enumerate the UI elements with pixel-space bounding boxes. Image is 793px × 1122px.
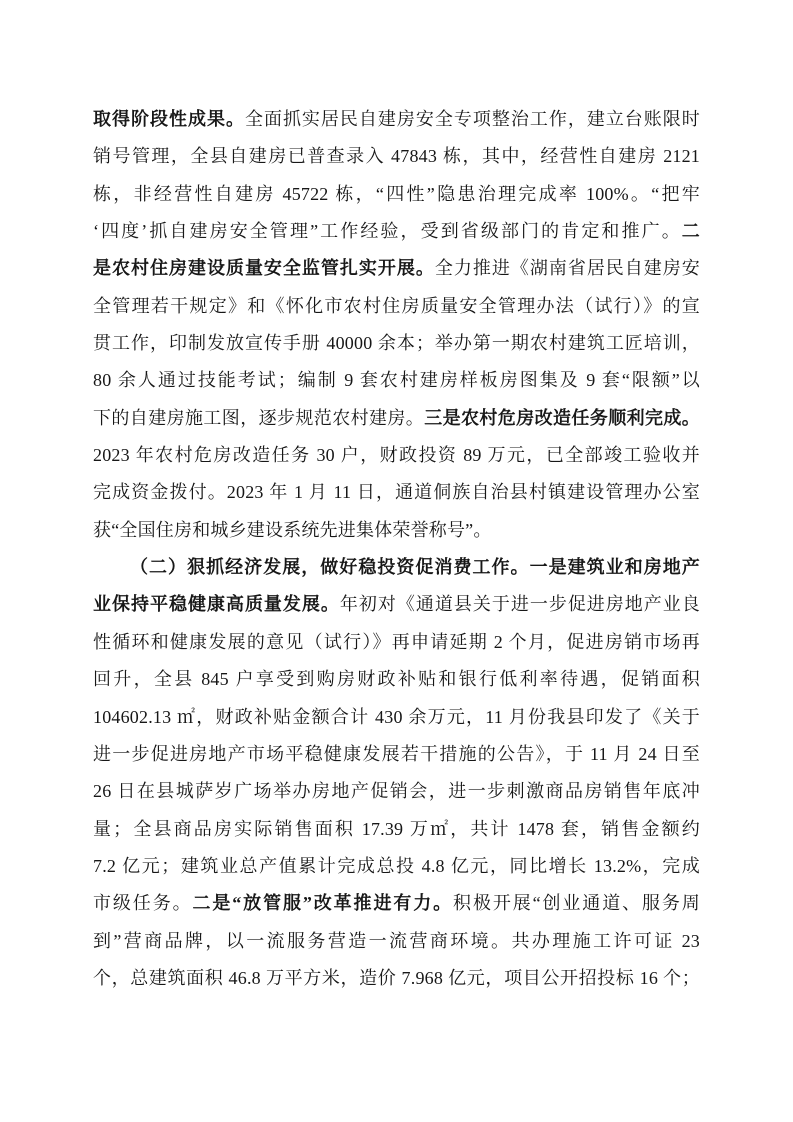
text-line: （二）狠抓经济发展，做好稳投资促消费工作。一是建筑业和房地产 — [93, 549, 700, 586]
text-run: 积极开展“创业通道、服务周 — [453, 893, 700, 913]
text-run: 个，总建筑面积 46.8 万平方米，造价 7.968 亿元，项目公开招投标 16… — [93, 968, 700, 988]
text-run: 贯工作，印制发放宣传手册 40000 余本；举办第一期农村建筑工匠培训， — [93, 333, 700, 353]
text-run: 回升，全县 845 户享受到购房财政补贴和银行低利率待遇，促销面积 — [93, 669, 700, 689]
text-run: 进一步促进房地产市场平稳健康发展若干措施的公告》，于 11 月 24 日至 — [93, 744, 700, 764]
document-body: 取得阶段性成果。全面抓实居民自建房安全专项整治工作，建立台账限时销号管理，全县自… — [93, 101, 700, 997]
text-line: 业保持平稳健康高质量发展。年初对《通道县关于进一步促进房地产业良 — [93, 586, 700, 623]
text-line: 个，总建筑面积 46.8 万平方米，造价 7.968 亿元，项目公开招投标 16… — [93, 960, 700, 997]
bold-text-run: 业保持平稳健康高质量发展。 — [93, 594, 340, 614]
text-line: 104602.13 ㎡，财政补贴金额合计 430 余万元，11 月份我县印发了《… — [93, 699, 700, 736]
text-line: 7.2 亿元；建筑业总产值累计完成总投 4.8 亿元，同比增长 13.2%，完成 — [93, 848, 700, 885]
bold-text-run: 是农村住房建设质量安全监管扎实开展。 — [93, 258, 435, 278]
text-line: 量；全县商品房实际销售面积 17.39 万㎡，共计 1478 套，销售金额约 — [93, 811, 700, 848]
text-line: 贯工作，印制发放宣传手册 40000 余本；举办第一期农村建筑工匠培训， — [93, 325, 700, 362]
text-line: 完成资金拨付。2023 年 1 月 11 日，通道侗族自治县村镇建设管理办公室 — [93, 474, 700, 511]
text-run: 到”营商品牌，以一流服务营造一流营商环境。共办理施工许可证 23 — [93, 931, 700, 951]
text-line: 栋，非经营性自建房 45722 栋，“四性”隐患治理完成率 100%。“把牢 — [93, 176, 700, 213]
text-run: 2023 年农村危房改造任务 30 户，财政投资 89 万元，已全部竣工验收并 — [93, 445, 700, 465]
text-line: 下的自建房施工图，逐步规范农村建房。三是农村危房改造任务顺利完成。 — [93, 400, 700, 437]
text-run: 性循环和健康发展的意见（试行）》再申请延期 2 个月，促进房销市场再 — [93, 632, 700, 652]
text-line: 26 日在县城萨岁广场举办房地产促销会，进一步刺激商品房销售年底冲 — [93, 773, 700, 810]
bold-text-run: （二）狠抓经济发展，做好稳投资促消费工作。一是建筑业和房地产 — [130, 557, 700, 577]
text-run: 获“全国住房和城乡建设系统先进集体荣誉称号”。 — [93, 520, 492, 540]
text-run: 全管理若干规定》和《怀化市农村住房质量安全管理办法（试行）》的宣 — [93, 296, 700, 316]
text-line: 是农村住房建设质量安全监管扎实开展。全力推进《湖南省居民自建房安 — [93, 250, 700, 287]
text-run: 全面抓实居民自建房安全专项整治工作，建立台账限时 — [245, 109, 700, 129]
text-line: 获“全国住房和城乡建设系统先进集体荣誉称号”。 — [93, 512, 700, 549]
text-line: 2023 年农村危房改造任务 30 户，财政投资 89 万元，已全部竣工验收并 — [93, 437, 700, 474]
text-run: 104602.13 ㎡，财政补贴金额合计 430 余万元，11 月份我县印发了《… — [93, 707, 700, 727]
text-run: 26 日在县城萨岁广场举办房地产促销会，进一步刺激商品房销售年底冲 — [93, 781, 700, 801]
text-line: ‘四度’抓自建房安全管理”工作经验，受到省级部门的肯定和推广。二 — [93, 213, 700, 250]
text-run: 市级任务。 — [93, 893, 192, 913]
text-line: 80 余人通过技能考试；编制 9 套农村建房样板房图集及 9 套“限额”以 — [93, 362, 700, 399]
bold-text-run: 二是“放管服”改革推进有力。 — [192, 893, 453, 913]
bold-text-run: 二 — [682, 221, 700, 241]
text-run: 年初对《通道县关于进一步促进房地产业良 — [340, 594, 700, 614]
text-run: 销号管理，全县自建房已普查录入 47843 栋，其中，经营性自建房 2121 — [93, 146, 700, 166]
text-line: 到”营商品牌，以一流服务营造一流营商环境。共办理施工许可证 23 — [93, 923, 700, 960]
document-page: 取得阶段性成果。全面抓实居民自建房安全专项整治工作，建立台账限时销号管理，全县自… — [0, 0, 793, 1122]
text-line: 市级任务。二是“放管服”改革推进有力。积极开展“创业通道、服务周 — [93, 885, 700, 922]
bold-text-run: 三是农村危房改造任务顺利完成。 — [424, 408, 700, 428]
text-line: 全管理若干规定》和《怀化市农村住房质量安全管理办法（试行）》的宣 — [93, 288, 700, 325]
text-run: 完成资金拨付。2023 年 1 月 11 日，通道侗族自治县村镇建设管理办公室 — [93, 482, 700, 502]
text-line: 回升，全县 845 户享受到购房财政补贴和银行低利率待遇，促销面积 — [93, 661, 700, 698]
bold-text-run: 取得阶段性成果。 — [93, 109, 245, 129]
text-line: 销号管理，全县自建房已普查录入 47843 栋，其中，经营性自建房 2121 — [93, 138, 700, 175]
text-line: 性循环和健康发展的意见（试行）》再申请延期 2 个月，促进房销市场再 — [93, 624, 700, 661]
text-run: 栋，非经营性自建房 45722 栋，“四性”隐患治理完成率 100%。“把牢 — [93, 184, 700, 204]
text-run: 量；全县商品房实际销售面积 17.39 万㎡，共计 1478 套，销售金额约 — [93, 819, 700, 839]
text-run: ‘四度’抓自建房安全管理”工作经验，受到省级部门的肯定和推广。 — [93, 221, 682, 241]
text-line: 取得阶段性成果。全面抓实居民自建房安全专项整治工作，建立台账限时 — [93, 101, 700, 138]
text-run: 80 余人通过技能考试；编制 9 套农村建房样板房图集及 9 套“限额”以 — [93, 370, 700, 390]
text-run: 全力推进《湖南省居民自建房安 — [435, 258, 700, 278]
text-line: 进一步促进房地产市场平稳健康发展若干措施的公告》，于 11 月 24 日至 — [93, 736, 700, 773]
text-run: 下的自建房施工图，逐步规范农村建房。 — [93, 408, 424, 428]
text-run: 7.2 亿元；建筑业总产值累计完成总投 4.8 亿元，同比增长 13.2%，完成 — [93, 856, 700, 876]
